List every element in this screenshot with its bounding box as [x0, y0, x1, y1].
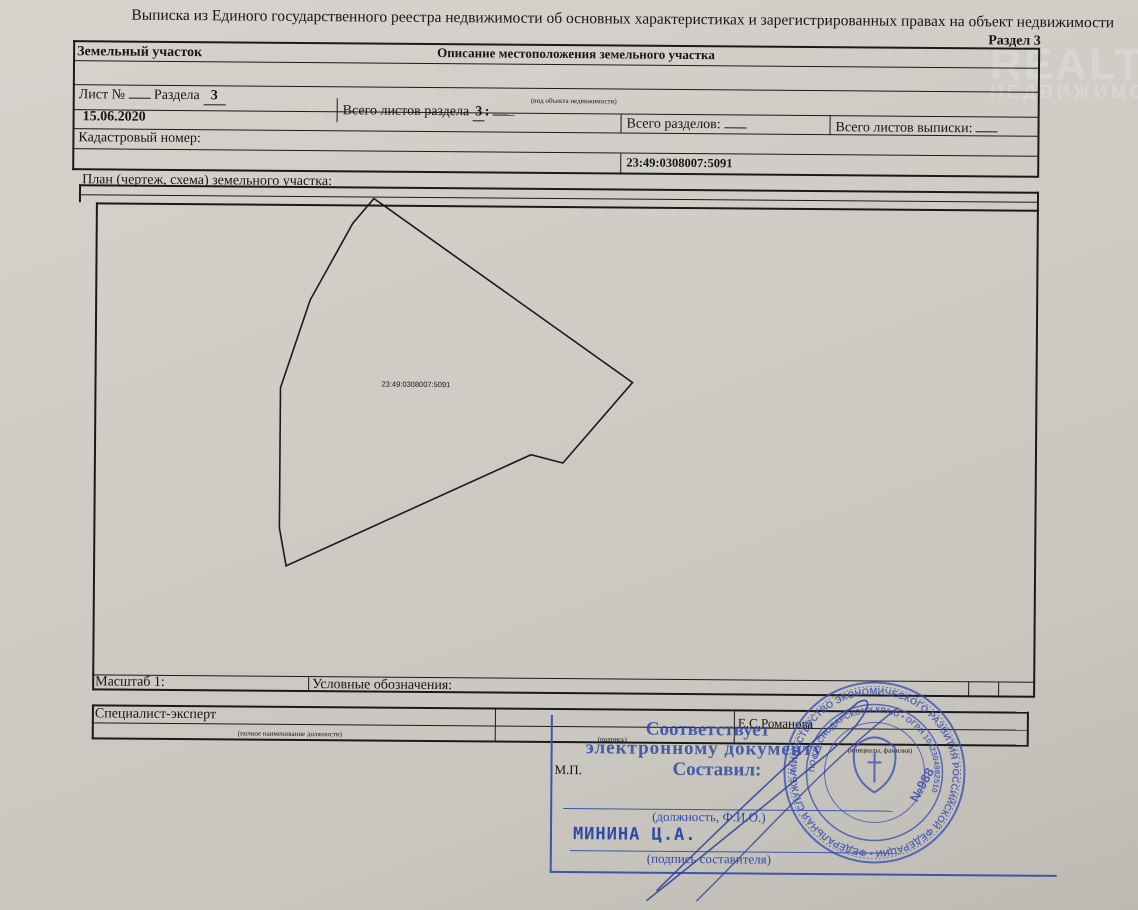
extract-page: Выписка из Единого государственного реес…	[0, 0, 1138, 910]
official-seal: МИНИСТЕРСТВО ЭКОНОМИЧЕСКОГО РАЗВИТИЯ РОС…	[0, 0, 1138, 910]
